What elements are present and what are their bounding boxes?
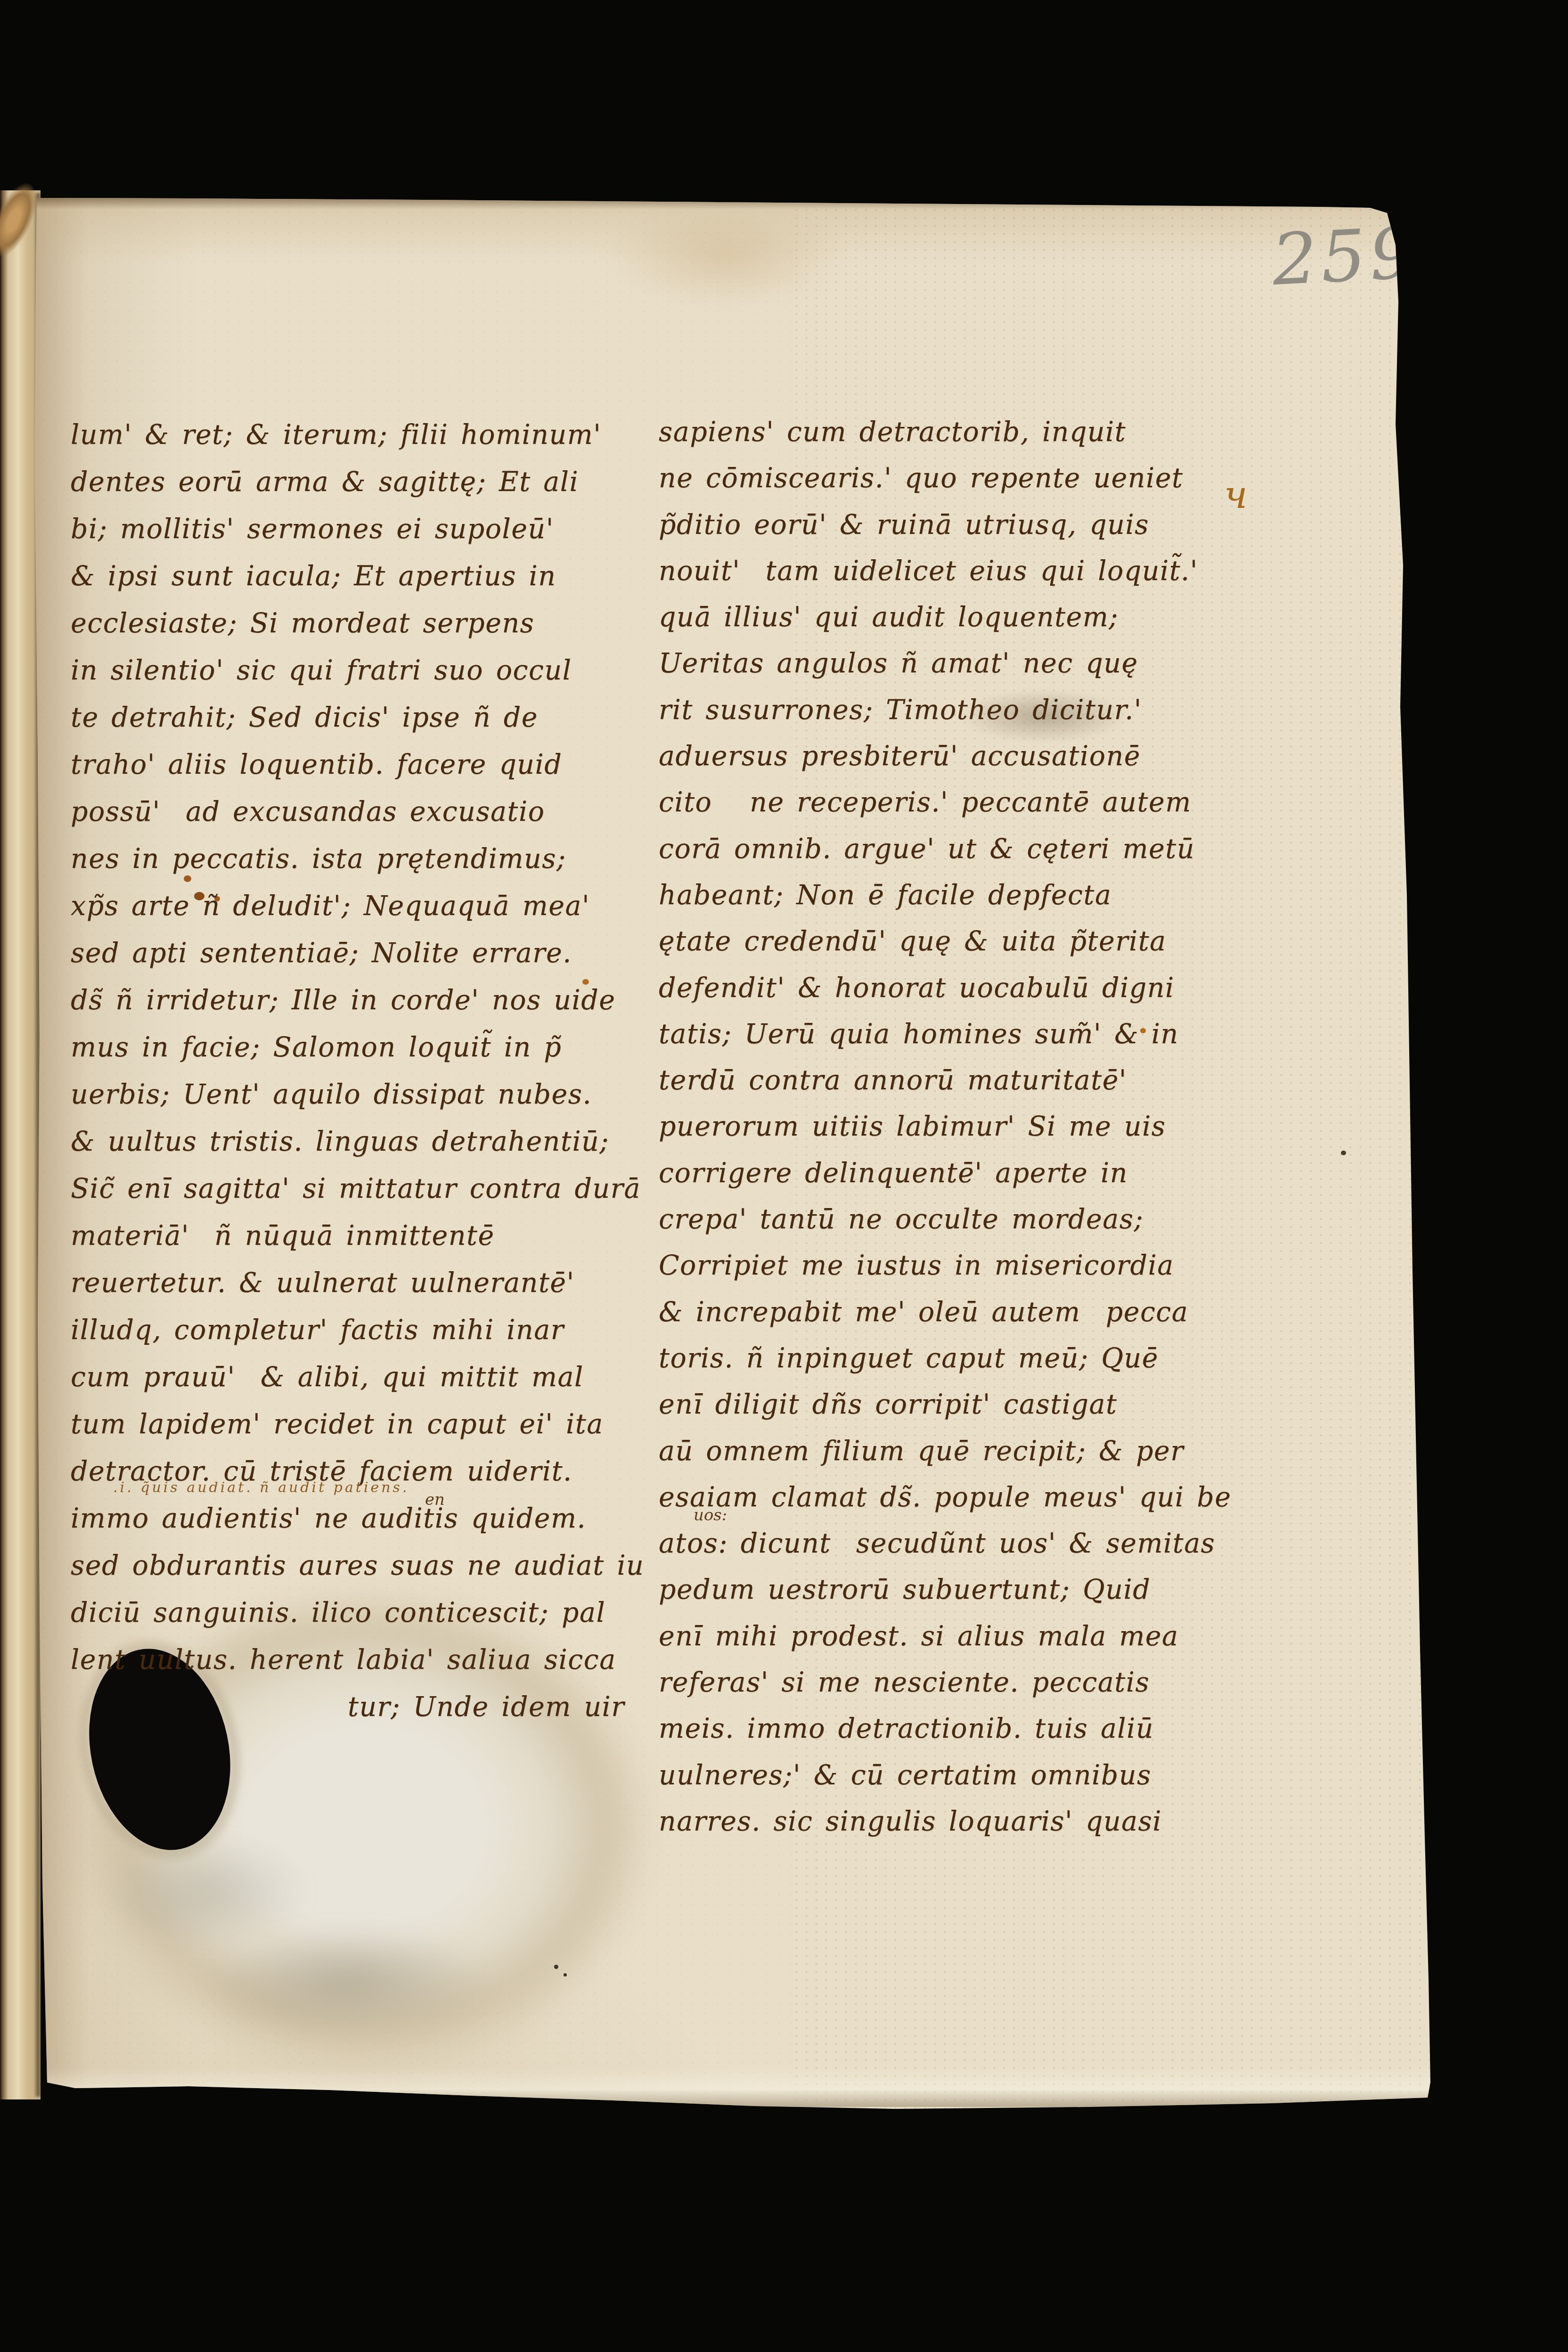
manuscript-text-line: rit susurrones; Timotheo dicitur.': [659, 687, 1250, 733]
pencil-folio-number: 259: [1270, 212, 1421, 302]
manuscript-text-line: tur; Unde idem uir: [71, 1683, 631, 1731]
manuscript-text-line: p̃ditio eorū' & ruinā utriusq, quis: [659, 502, 1250, 548]
manuscript-text-line: & increpabit me' oleū autem pecca: [659, 1289, 1250, 1335]
manuscript-text-line: tum lapidem' recidet in caput ei' ita: [71, 1401, 631, 1448]
manuscript-text-line: xp̃s arte ñ deludit'; Nequaquā mea': [71, 882, 631, 930]
manuscript-text-line: defendit' & honorat uocabulū digni: [659, 965, 1250, 1011]
manuscript-text-line: lum' & ret; & iterum; filii hominum': [71, 411, 631, 458]
superscript-correction: en: [425, 1490, 445, 1509]
manuscript-page: 259 ч lum' & ret; & iterum; filii hominu…: [0, 0, 1568, 2352]
manuscript-text-line: traho' aliis loquentib. facere quid: [71, 741, 631, 788]
manuscript-text-line: terdū contra annorū maturitatē': [659, 1057, 1250, 1103]
manuscript-text-line: cum prauū' & alibi, qui mittit mal: [71, 1354, 631, 1401]
dark-speck: [563, 1973, 567, 1976]
manuscript-text-line: lent uultus. herent labia' saliua sicca: [71, 1636, 631, 1683]
dark-speck: [554, 1965, 558, 1969]
top-stain: [575, 196, 876, 318]
manuscript-text-line: esaiam clamat ds̃. popule meus' qui be: [659, 1474, 1250, 1520]
bottom-left-stain-rim: [155, 1908, 542, 2054]
manuscript-text-line: ne cōmiscearis.' quo repente ueniet: [659, 455, 1250, 501]
photo-black-background: 259 ч lum' & ret; & iterum; filii hominu…: [0, 0, 1568, 2352]
right-text-column: sapiens' cum detractorib, inquitne cōmis…: [659, 409, 1250, 1845]
left-text-column: lum' & ret; & iterum; filii hominum'dent…: [71, 411, 631, 1731]
manuscript-text-line: puerorum uitiis labimur' Si me uis: [659, 1103, 1250, 1150]
manuscript-text-line: toris. ñ inpinguet caput meū; Quē: [659, 1335, 1250, 1381]
manuscript-text-line: dentes eorū arma & sagittę; Et ali: [71, 458, 631, 506]
manuscript-text-line: aduersus presbiterū' accusationē: [659, 733, 1250, 779]
manuscript-text-line: illudq, completur' factis mihi inar: [71, 1307, 631, 1354]
page-bottom-edge-highlight: [42, 2067, 1429, 2107]
manuscript-text-line: ds̃ ñ irridetur; Ille in corde' nos uide: [71, 977, 631, 1024]
manuscript-text-line: quā illius' qui audit loquentem;: [659, 594, 1250, 640]
manuscript-text-line: Ueritas angulos ñ amat' nec quę: [659, 640, 1250, 686]
manuscript-text-line: mus in facie; Salomon loquit̃ in p̃: [71, 1024, 631, 1071]
manuscript-text-line: tatis; Uerū quia homines sum̃' & in: [659, 1011, 1250, 1057]
manuscript-text-line: ecclesiaste; Si mordeat serpens: [71, 600, 631, 647]
manuscript-text-line: referas' si me nesciente. peccatis: [659, 1659, 1250, 1706]
manuscript-text-line: corā omnib. argue' ut & cęteri metū: [659, 826, 1250, 872]
manuscript-text-line: narres. sic singulis loquaris' quasi: [659, 1798, 1250, 1845]
manuscript-text-line: diciū sanguinis. ilico conticescit; pal: [71, 1589, 631, 1636]
manuscript-text-line: te detrahit; Sed dicis' ipse ñ de: [71, 694, 631, 741]
manuscript-text-line: Sic̃ enī sagitta' si mittatur contra dur…: [71, 1165, 631, 1212]
manuscript-text-line: possū' ad excusandas excusatio: [71, 788, 631, 835]
dark-speck: [1341, 1151, 1346, 1155]
manuscript-text-line: enī mihi prodest. si alius mala mea: [659, 1613, 1250, 1659]
manuscript-text-line: materiā' ñ nūquā inmittentē: [71, 1212, 631, 1259]
manuscript-text-line: bi; mollitis' sermones ei supoleū': [71, 506, 631, 553]
manuscript-text-line: reuertetur. & uulnerat uulnerantē': [71, 1259, 631, 1307]
manuscript-text-line: uerbis; Uent' aquilo dissipat nubes.: [71, 1071, 631, 1118]
manuscript-text-line: enī diligit dñs corripit' castigat: [659, 1381, 1250, 1428]
manuscript-text-line: sed apti sententiaē; Nolite errare.: [71, 930, 631, 977]
interlinear-gloss: .i. q̃uis audiat. ñ audit patiens.: [113, 1479, 409, 1496]
manuscript-text-line: crepa' tantū ne occulte mordeas;: [659, 1196, 1250, 1242]
manuscript-text-line: immo audientis' ne auditis quidem.: [71, 1495, 631, 1542]
manuscript-text-line: aū omnem filium quē recipit; & per: [659, 1428, 1250, 1474]
superscript-correction: uos:: [694, 1506, 727, 1525]
manuscript-text-line: in silentio' sic qui fratri suo occul: [71, 647, 631, 694]
manuscript-text-line: pedum uestrorū subuertunt; Quid: [659, 1567, 1250, 1613]
manuscript-text-line: & ipsi sunt iacula; Et apertius in: [71, 553, 631, 600]
manuscript-text-line: meis. immo detractionib. tuis aliū: [659, 1706, 1250, 1752]
manuscript-text-line: ętate credendū' quę & uita p̃terita: [659, 918, 1250, 964]
manuscript-text-line: Corripiet me iustus in misericordia: [659, 1242, 1250, 1289]
manuscript-text-line: uulneres;' & cū certatim omnibus: [659, 1752, 1250, 1798]
manuscript-text-line: corrigere delinquentē' aperte in: [659, 1150, 1250, 1196]
manuscript-text-line: sapiens' cum detractorib, inquit: [659, 409, 1250, 455]
manuscript-text-line: habeant; Non ē facile depfecta: [659, 872, 1250, 918]
manuscript-text-line: nes in peccatis. ista prętendimus;: [71, 835, 631, 882]
manuscript-text-line: atos: dicunt secudũnt uos' & semitas: [659, 1520, 1250, 1567]
manuscript-text-line: cito ne receperis.' peccantē autem: [659, 779, 1250, 825]
manuscript-text-line: sed obdurantis aures suas ne audiat iu: [71, 1542, 631, 1589]
manuscript-text-line: nouit' tam uidelicet eius qui loquit̃.': [659, 548, 1250, 594]
manuscript-text-line: & uultus tristis. linguas detrahentiū;: [71, 1118, 631, 1165]
